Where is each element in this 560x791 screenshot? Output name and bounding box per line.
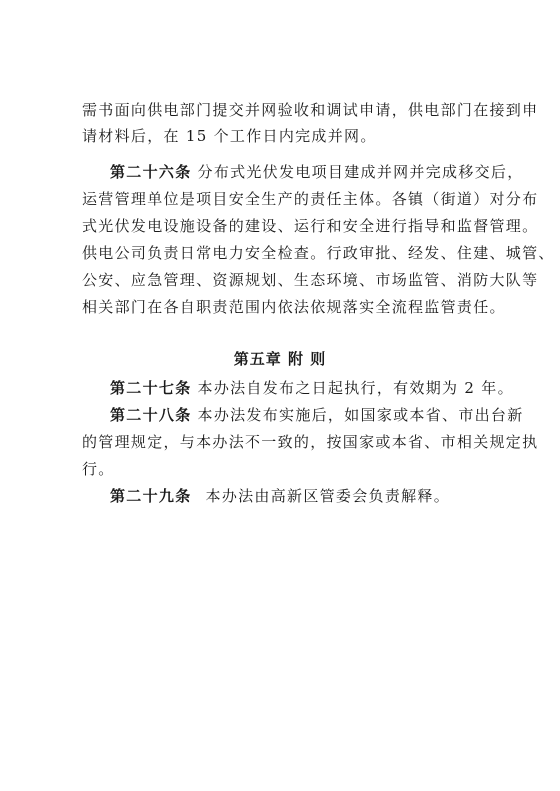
article-27-text: 本办法自发布之日起执行，有效期为 2 年。 [198,379,514,397]
article-26-text: 分布式光伏发电项目建成并网并完成移交后， [198,163,524,181]
article-26-label: 第二十六条 [110,163,192,181]
article-28-first-line: 第二十八条本办法发布实施后，如国家或本省、市出台新 [110,405,482,425]
paragraph-line: 运营管理单位是项目安全生产的责任主体。各镇（街道）对分布 [82,189,482,209]
paragraph-line: 相关部门在各自职责范围内依法依规落实全流程监管责任。 [82,297,482,317]
document-page: 需书面向供电部门提交并网验收和调试申请，供电部门在接到申 请材料后，在 15 个… [0,0,560,791]
article-29-line: 第二十九条本办法由高新区管委会负责解释。 [110,486,482,506]
chapter-heading: 第五章 附 则 [0,349,560,369]
article-27-line: 第二十七条本办法自发布之日起执行，有效期为 2 年。 [110,378,482,398]
paragraph-line: 公安、应急管理、资源规划、生态环境、市场监管、消防大队等 [82,270,482,290]
paragraph-line: 的管理规定，与本办法不一致的，按国家或本省、市相关规定执 [82,432,482,452]
article-29-text: 本办法由高新区管委会负责解释。 [206,487,451,505]
article-29-label: 第二十九条 [110,487,192,505]
article-28-label: 第二十八条 [110,406,192,424]
paragraph-line: 请材料后，在 15 个工作日内完成并网。 [82,126,482,146]
article-28-text: 本办法发布实施后，如国家或本省、市出台新 [198,406,524,424]
paragraph-line: 式光伏发电设施设备的建设、运行和安全进行指导和监督管理。 [82,216,482,236]
paragraph-line: 需书面向供电部门提交并网验收和调试申请，供电部门在接到申 [82,100,482,120]
paragraph-line: 行。 [82,459,482,479]
paragraph-line: 供电公司负责日常电力安全检查。行政审批、经发、住建、城管、 [82,243,482,263]
article-26-first-line: 第二十六条分布式光伏发电项目建成并网并完成移交后， [110,162,482,182]
article-27-label: 第二十七条 [110,379,192,397]
